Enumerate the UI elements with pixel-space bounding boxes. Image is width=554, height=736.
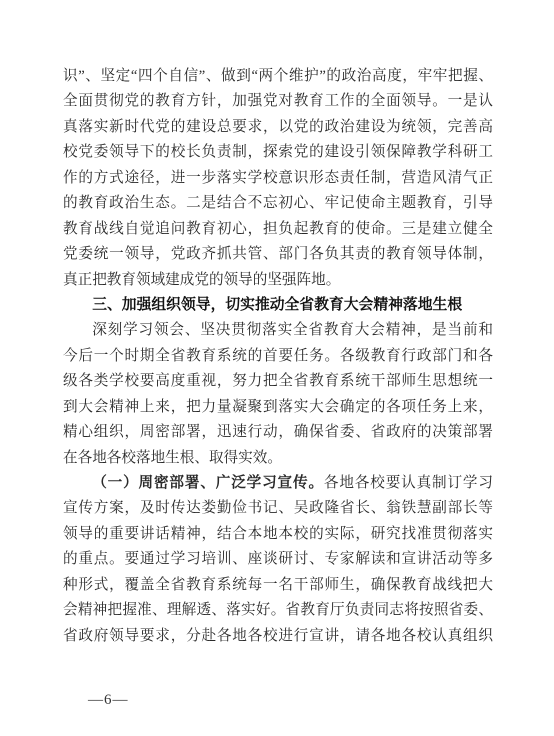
- text-line: 校党委领导下的校长负责制，探索党的建设引领保障教学科研工: [63, 140, 493, 165]
- text-line: 领导的重要讲话精神，结合本地本校的实际，研究找准贯彻落实: [63, 522, 493, 547]
- text-line: （一）周密部署、广泛学习宣传。各地各校要认真制订学习: [63, 471, 493, 496]
- text-line: 识”、坚定“四个自信”、做到“两个维护”的政治高度，牢牢把握、: [63, 64, 493, 89]
- text-line: 省政府领导要求，分赴各地各校进行宣讲，请各地各校认真组织: [63, 624, 493, 649]
- text-line: 的教育政治生态。二是结合不忘初心、牢记使命主题教育，引导: [63, 191, 493, 216]
- text-line: 教育战线自觉追问教育初心，担负起教育的使命。三是建立健全: [63, 217, 493, 242]
- text-line: 真落实新时代党的建设总要求，以党的政治建设为统领，完善高: [63, 115, 493, 140]
- document-page: 识”、坚定“四个自信”、做到“两个维护”的政治高度，牢牢把握、 全面贯彻党的教育…: [0, 0, 554, 736]
- text-line: 的重点。要通过学习培训、座谈研讨、专家解读和宣讲活动等多: [63, 547, 493, 572]
- text-line: 到大会精神上来，把力量凝聚到落实大会确定的各项任务上来，: [63, 395, 493, 420]
- text-line: 级各类学校要高度重视，努力把全省教育系统干部师生思想统一: [63, 369, 493, 394]
- text-line: 精心组织，周密部署，迅速行动，确保省委、省政府的决策部署: [63, 420, 493, 445]
- text-line: 会精神把握准、理解透、落实好。省教育厅负责同志将按照省委、: [63, 598, 493, 623]
- text-line: 宣传方案，及时传达娄勤俭书记、吴政隆省长、翁铁慧副部长等: [63, 496, 493, 521]
- document-body: 识”、坚定“四个自信”、做到“两个维护”的政治高度，牢牢把握、 全面贯彻党的教育…: [63, 64, 493, 649]
- text-line: 党委统一领导，党政齐抓共管、部门各负其责的教育领导体制，: [63, 242, 493, 267]
- text-line: 今后一个时期全省教育系统的首要任务。各级教育行政部门和各: [63, 344, 493, 369]
- text-line: 在各地各校落地生根、取得实效。: [63, 446, 493, 471]
- text-line: 作的方式途径，进一步落实学校意识形态责任制，营造风清气正: [63, 166, 493, 191]
- section-heading: 三、加强组织领导，切实推动全省教育大会精神落地生根: [63, 293, 493, 318]
- text-line: 深刻学习领会、坚决贯彻落实全省教育大会精神，是当前和: [63, 318, 493, 343]
- text-line: 全面贯彻党的教育方针，加强党对教育工作的全面领导。一是认: [63, 89, 493, 114]
- item-lead: （一）周密部署、广泛学习宣传。: [92, 475, 324, 491]
- text-line: 真正把教育领域建成党的领导的坚强阵地。: [63, 268, 493, 293]
- page-number: —6—: [88, 690, 129, 710]
- item-text: 各地各校要认真制订学习: [324, 475, 493, 491]
- text-line: 种形式，覆盖全省教育系统每一名干部师生，确保教育战线把大: [63, 573, 493, 598]
